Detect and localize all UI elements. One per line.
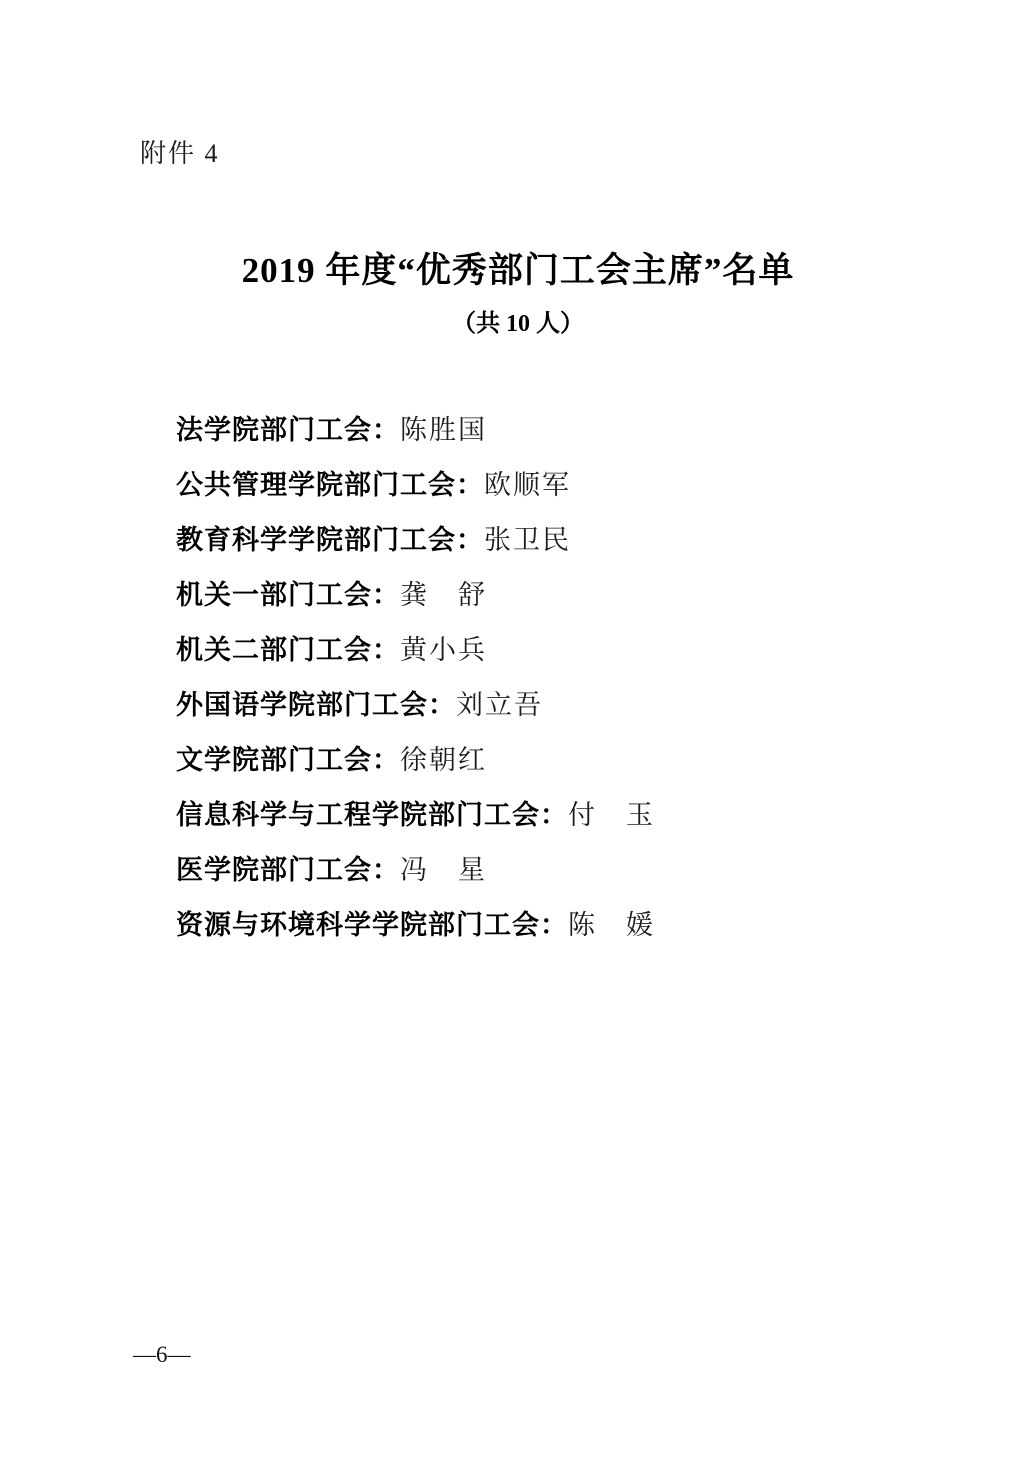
entry-label: 机关一部门工会： xyxy=(176,580,400,610)
list-item: 机关二部门工会：黄小兵 xyxy=(176,623,976,678)
page-title: 2019 年度“优秀部门工会主席”名单 xyxy=(0,243,1036,293)
entry-label: 资源与环境科学学院部门工会： xyxy=(176,910,568,940)
entry-label: 医学院部门工会： xyxy=(176,855,400,885)
attachment-label: 附件 4 xyxy=(140,133,220,170)
list-item: 医学院部门工会：冯 星 xyxy=(176,843,976,898)
entry-name: 刘立吾 xyxy=(456,690,543,720)
entry-name: 黄小兵 xyxy=(400,635,487,665)
document-page: 附件 4 2019 年度“优秀部门工会主席”名单 （共 10 人） 法学院部门工… xyxy=(0,0,1036,1465)
list-item: 文学院部门工会：徐朝红 xyxy=(176,733,976,788)
page-number: —6— xyxy=(133,1342,191,1368)
entry-label: 外国语学院部门工会： xyxy=(176,690,456,720)
roster-list: 法学院部门工会：陈胜国 公共管理学院部门工会：欧顺军 教育科学学院部门工会：张卫… xyxy=(176,403,976,953)
entry-label: 法学院部门工会： xyxy=(176,415,400,445)
entry-name: 徐朝红 xyxy=(400,745,487,775)
list-item: 机关一部门工会：龚 舒 xyxy=(176,568,976,623)
entry-name: 付 玉 xyxy=(568,800,655,830)
entry-name: 龚 舒 xyxy=(400,580,487,610)
list-item: 资源与环境科学学院部门工会：陈 媛 xyxy=(176,898,976,953)
list-item: 公共管理学院部门工会：欧顺军 xyxy=(176,458,976,513)
list-item: 外国语学院部门工会：刘立吾 xyxy=(176,678,976,733)
entry-label: 机关二部门工会： xyxy=(176,635,400,665)
list-item: 信息科学与工程学院部门工会：付 玉 xyxy=(176,788,976,843)
list-item: 教育科学学院部门工会：张卫民 xyxy=(176,513,976,568)
entry-name: 陈 媛 xyxy=(568,910,655,940)
entry-name: 陈胜国 xyxy=(400,415,487,445)
entry-label: 信息科学与工程学院部门工会： xyxy=(176,800,568,830)
entry-label: 公共管理学院部门工会： xyxy=(176,470,484,500)
page-subtitle: （共 10 人） xyxy=(0,303,1036,338)
entry-label: 教育科学学院部门工会： xyxy=(176,525,484,555)
entry-name: 欧顺军 xyxy=(484,470,571,500)
list-item: 法学院部门工会：陈胜国 xyxy=(176,403,976,458)
entry-label: 文学院部门工会： xyxy=(176,745,400,775)
entry-name: 张卫民 xyxy=(484,525,571,555)
entry-name: 冯 星 xyxy=(400,855,487,885)
